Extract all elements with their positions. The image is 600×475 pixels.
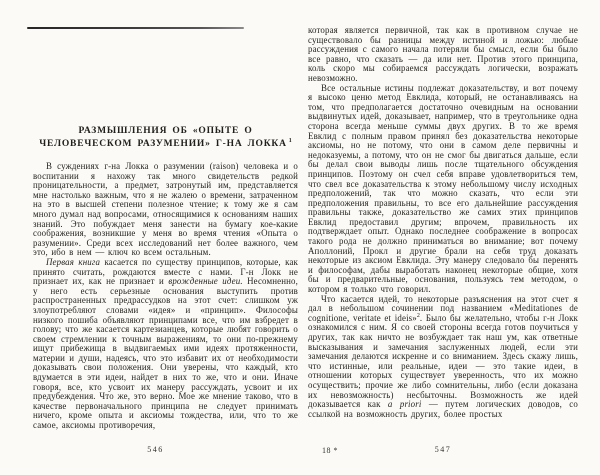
text-run: a priori (388, 399, 422, 409)
left-page: РАЗМЫШЛЕНИЯ ОБ «ОПЫТЕ О ЧЕЛОВЕЧЕСКОМ РАЗ… (33, 0, 298, 431)
text-run: врожденные идеи. (168, 276, 242, 286)
paragraph: Все остальные истины подлежат доказатель… (308, 84, 578, 295)
right-page-number: 547 (308, 445, 578, 454)
paragraph: которая является первичной, так как в пр… (308, 26, 578, 84)
book-scan-spread: { "left_page": { "heading": "РАЗМЫШЛЕНИЯ… (0, 0, 600, 475)
text-run: Несомненно, у него есть серьезные основа… (33, 276, 298, 430)
left-page-text-column: В суждениях г-на Локка о разумении (rais… (33, 162, 298, 431)
text-run: . Было бы желательно, чтобы г-н Локк озн… (308, 313, 578, 409)
text-run: Все остальные истины подлежат доказатель… (308, 83, 578, 294)
right-page: которая является первичной, так как в пр… (308, 26, 578, 419)
title-footnote-reference: 1 (289, 138, 292, 144)
left-page-number: 546 (23, 445, 288, 454)
paragraph: Первая книга касается по существу принци… (33, 258, 298, 431)
paragraph: В суждениях г-на Локка о разумении (rais… (33, 162, 298, 258)
text-run: Первая книга (46, 257, 100, 267)
right-page-text-column: которая является первичной, так как в пр… (308, 26, 578, 419)
article-title: РАЗМЫШЛЕНИЯ ОБ «ОПЫТЕ О ЧЕЛОВЕЧЕСКОМ РАЗ… (33, 125, 298, 151)
paragraph: Что касается идей, то некоторые разъясне… (308, 295, 578, 420)
text-run: В суждениях г-на Локка о разумении (rais… (33, 161, 298, 257)
article-title-text: РАЗМЫШЛЕНИЯ ОБ «ОПЫТЕ О ЧЕЛОВЕЧЕСКОМ РАЗ… (39, 126, 287, 149)
text-run: которая является первичной, так как в пр… (308, 25, 578, 83)
